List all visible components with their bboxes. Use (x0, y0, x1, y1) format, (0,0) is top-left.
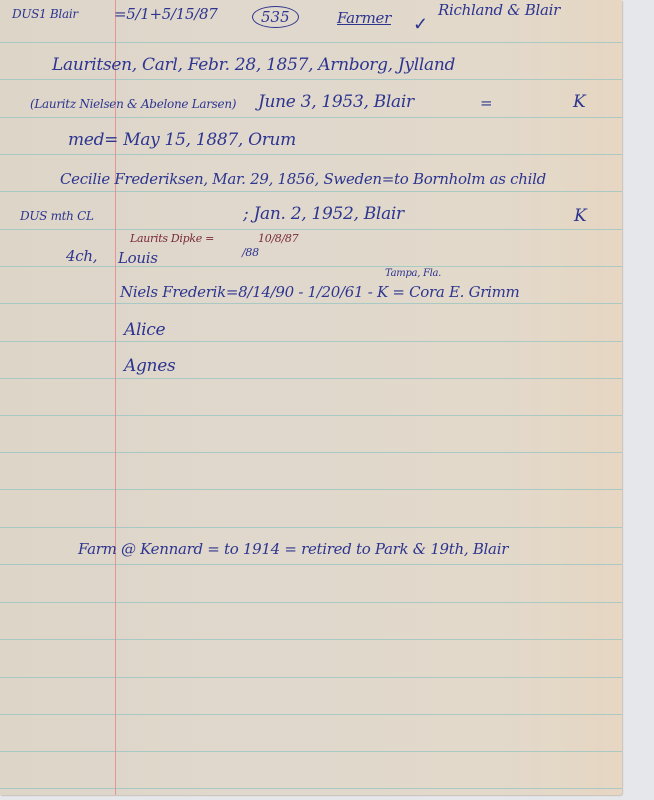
child-annotation-dates: 10/8/87 (258, 232, 298, 245)
child-place-note: Tampa, Fla. (385, 268, 441, 279)
spouse-line: Cecilie Frederiksen, Mar. 29, 1856, Swed… (60, 170, 546, 188)
spouse-left-note: DUS mth CL (20, 209, 94, 223)
rule-line (0, 191, 622, 192)
rule-line (0, 154, 622, 155)
rule-line (0, 303, 622, 304)
rule-line (0, 564, 622, 565)
rule-line (0, 378, 622, 379)
married-line: med= May 15, 1887, Orum (68, 130, 296, 150)
rule-line (0, 266, 622, 267)
rule-line (0, 639, 622, 640)
occupation: Farmer (337, 9, 391, 27)
record-number: 535 (252, 6, 299, 28)
child-name-agnes: Agnes (124, 356, 175, 376)
check-mark-icon: ✓ (413, 14, 428, 35)
k-mark: K (573, 92, 585, 112)
footer-note: Farm @ Kennard = to 1914 = retired to Pa… (78, 540, 508, 558)
children-count: 4ch, (66, 247, 97, 265)
header-dates: =5/1+5/15/87 (114, 5, 218, 23)
rule-line (0, 788, 622, 789)
name-line: Lauritsen, Carl, Febr. 28, 1857, Arnborg… (52, 55, 455, 75)
rule-line (0, 117, 622, 118)
notebook-page: DUS1 Blair =5/1+5/15/87 535 Farmer ✓ Ric… (0, 0, 622, 795)
rule-line (0, 677, 622, 678)
child-niels-rest: - K = Cora E. Grimm (368, 283, 520, 301)
rule-line (0, 602, 622, 603)
child-name-niels: Niels Frederik=8/14/90 - 1/20/61 - K = C… (120, 283, 520, 301)
rule-line (0, 79, 622, 80)
rule-line (0, 527, 622, 528)
location: Richland & Blair (438, 1, 560, 19)
equals-mark: = (480, 94, 492, 112)
rule-line (0, 229, 622, 230)
child-niels-name: Niels Frederik (120, 283, 226, 301)
child-niels-dates: =8/14/90 - 1/20/61 (226, 283, 363, 301)
rule-line (0, 415, 622, 416)
rule-line (0, 751, 622, 752)
rule-line (0, 341, 622, 342)
parents-text: (Lauritz Nielsen & Abelone Larsen) (30, 97, 236, 111)
spouse-death: ; Jan. 2, 1952, Blair (243, 204, 404, 224)
death-text: June 3, 1953, Blair (258, 92, 414, 112)
header-left-note: DUS1 Blair (12, 7, 78, 21)
rule-line (0, 714, 622, 715)
k-mark-2: K (574, 206, 586, 226)
margin-line (115, 0, 116, 795)
child-annotation-louis: Laurits Dipke = (130, 232, 214, 245)
rule-line (0, 489, 622, 490)
child-alt-year: /88 (242, 246, 259, 259)
occupation-text: Farmer (337, 9, 391, 27)
rule-line (0, 42, 622, 43)
child-name-alice: Alice (124, 320, 165, 340)
child-name-louis: Louis (118, 249, 158, 267)
rule-line (0, 452, 622, 453)
